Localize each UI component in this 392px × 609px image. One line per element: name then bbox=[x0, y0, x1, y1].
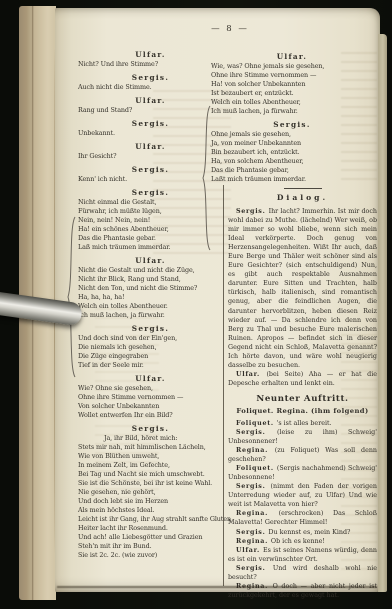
next-page-edge bbox=[378, 34, 387, 592]
dialog-paragraph: Sergis. Du kennst es, mein Kind? bbox=[228, 528, 377, 537]
left-column: Ulfar.Nicht? Und ihre Stimme?Sergis.Auch… bbox=[78, 46, 223, 560]
verse-line: Tief in der Seele mir. bbox=[78, 361, 223, 370]
verse-line: Und doch lebt sie im Herzen bbox=[78, 497, 223, 506]
verse-line: Ha, von solchem Abentheuer, bbox=[211, 157, 373, 166]
verse-line: Nein, nein! Nein, nein! bbox=[78, 216, 223, 225]
verse-line: Stets mir nah, mit himmlischen Lächeln, bbox=[78, 443, 223, 452]
verse-line: In meinem Zelt, im Gefechte, bbox=[78, 461, 223, 470]
verse-line: Nicht? Und ihre Stimme? bbox=[78, 60, 223, 69]
speaker-name: Ulfar. bbox=[78, 374, 223, 383]
page-number: — 8 — bbox=[95, 24, 365, 34]
speaker-name: Sergis. bbox=[78, 324, 223, 333]
music-brace-left bbox=[66, 215, 76, 379]
verse-line: Ist bezaubert er, entzückt. bbox=[211, 89, 373, 98]
right-column-dialog: Dialog.Sergis. Ihr lacht? Immerhin. Ist … bbox=[228, 185, 377, 600]
speaker-name: Ulfar. bbox=[78, 142, 223, 151]
verse-line: Rang und Stand? bbox=[78, 106, 223, 115]
dialog-paragraph: Foliquet. (Sergis nachahmend) Schweig' U… bbox=[228, 464, 377, 482]
speaker-name: Regina. bbox=[236, 447, 275, 454]
verse-line: Bei Tag und Nacht sie mich umschwebt. bbox=[78, 470, 223, 479]
speaker-name: Sergis. bbox=[236, 565, 273, 572]
verse-line: Ihr Gesicht? bbox=[78, 152, 223, 161]
verse-line: Ohne ihre Stimme vernommen — bbox=[78, 393, 223, 402]
verse-line: Sie ist 2c. 2c. (wie zuvor) bbox=[78, 551, 223, 560]
verse-line: Ja, von meiner Unbekannten bbox=[211, 139, 373, 148]
dialog-heading: Dialog. bbox=[228, 193, 377, 202]
book-page: — 8 — Ulfar.Nicht? Und ihre Stimme?Sergi… bbox=[55, 8, 380, 592]
verse-line: Das die Phantasie gebar, bbox=[211, 166, 373, 175]
scene-cast: Foliquet. Regina. (ihm folgend) bbox=[228, 407, 377, 416]
verse-line: Nicht einmal die Gestalt, bbox=[78, 198, 223, 207]
speaker-name: Regina. bbox=[236, 538, 271, 545]
right-column-verse: Ulfar.Wie, was? Ohne jemals sie gesehen,… bbox=[211, 48, 373, 184]
verse-line: Leicht ist ihr Gang, ihr Aug strahlt san… bbox=[78, 515, 223, 524]
verse-line: Wollet entwerfen Ihr ein Bild? bbox=[78, 411, 223, 420]
verse-line: Und doch sind von der Ein'gen, bbox=[78, 334, 223, 343]
speaker-name: Sergis. bbox=[78, 165, 223, 174]
speaker-name: Foliquet. bbox=[236, 420, 277, 427]
verse-line: Kenn' ich nicht. bbox=[78, 175, 223, 184]
verse-line: Heiter lacht ihr Rosenmund. bbox=[78, 524, 223, 533]
speaker-name: Sergis. bbox=[236, 529, 268, 536]
verse-line: Wie von Blüthen umweht, bbox=[78, 452, 223, 461]
verse-line: Die Züge eingegraben bbox=[78, 352, 223, 361]
speaker-name: Sergis. bbox=[236, 429, 277, 436]
speaker-name: Sergis. bbox=[78, 119, 223, 128]
verse-line: Auch nicht die Stimme. bbox=[78, 83, 223, 92]
verse-line: Ohne ihre Stimme vernommen — bbox=[211, 71, 373, 80]
speaker-name: Ulfar. bbox=[236, 371, 266, 378]
dialog-paragraph: Regina. (zu Foliquet) Was soll denn gesc… bbox=[228, 446, 377, 464]
dialog-paragraph: Regina. O doch — aber nicht jeder ist zu… bbox=[228, 582, 377, 600]
verse-line: Steh'n mit ihr im Bund. bbox=[78, 542, 223, 551]
verse-line: Von solcher Unbekannten bbox=[78, 402, 223, 411]
verse-line: Das die Phantasie gebar. bbox=[78, 234, 223, 243]
speaker-name: Sergis. bbox=[236, 208, 269, 215]
book-photo: — 8 — Ulfar.Nicht? Und ihre Stimme?Sergi… bbox=[0, 0, 392, 609]
verse-line: Und ach! alle Liebesgötter und Grazien bbox=[78, 533, 223, 542]
verse-line: Welch ein tolles Abentheuer, bbox=[211, 98, 373, 107]
speaker-name: Sergis. bbox=[78, 188, 223, 197]
verse-line: Bin bezaubert ich, entzückt. bbox=[211, 148, 373, 157]
verse-line: Ha! von solcher Unbekannten bbox=[211, 80, 373, 89]
verse-line: Als mein höchstes Ideal. bbox=[78, 506, 223, 515]
speaker-name: Ulfar. bbox=[78, 256, 223, 265]
speaker-name: Sergis. bbox=[236, 483, 271, 490]
verse-line: Wie, was? Ohne jemals sie gesehen, bbox=[211, 62, 373, 71]
verse-line: Fürwahr, ich müßte lügen, bbox=[78, 207, 223, 216]
verse-line: Unbekannt. bbox=[78, 129, 223, 138]
dialog-paragraph: Regina. (erschrocken) Das Schloß Malavet… bbox=[228, 509, 377, 527]
verse-line: Ich muß lachen, ja fürwahr. bbox=[78, 311, 223, 320]
verse-line: Ha! ein schönes Abentheuer, bbox=[78, 225, 223, 234]
verse-line: Ja, ihr Bild, höret mich: bbox=[78, 434, 223, 443]
speaker-name: Ulfar. bbox=[78, 50, 223, 59]
verse-line: Nicht den Ton, und nicht die Stimme? bbox=[78, 284, 223, 293]
verse-line: Sie ist die Schönste, bei ihr ist keine … bbox=[78, 479, 223, 488]
verse-line: Laß mich träumen immerdar. bbox=[78, 243, 223, 252]
dialog-paragraph: Sergis. Und wird deshalb wohl nie besuch… bbox=[228, 564, 377, 582]
section-rule bbox=[284, 188, 322, 189]
dialog-paragraph: Ulfar. Es ist seines Namens würdig, denn… bbox=[228, 546, 377, 564]
dialog-paragraph: Sergis. Ihr lacht? Immerhin. Ist mir doc… bbox=[228, 207, 377, 370]
speaker-name: Sergis. bbox=[78, 73, 223, 82]
verse-line: Nicht die Gestalt und nicht die Züge, bbox=[78, 266, 223, 275]
verse-line: Wie? Ohne sie gesehen, bbox=[78, 384, 223, 393]
page-bottom-shadow bbox=[57, 586, 377, 588]
speaker-name: Sergis. bbox=[78, 424, 223, 433]
column-divider bbox=[223, 185, 224, 586]
verse-line: Laßt mich träumen immerdar. bbox=[211, 175, 373, 184]
dialog-paragraph: Sergis. (nimmt den Faden der vorigen Unt… bbox=[228, 482, 377, 509]
speaker-name: Sergis. bbox=[211, 120, 373, 129]
dialog-paragraph: Ulfar. (bei Seite) Aha — er hat die Depe… bbox=[228, 370, 377, 388]
speaker-name: Ulfar. bbox=[78, 96, 223, 105]
speaker-name: Foliquet. bbox=[236, 465, 277, 472]
dialog-paragraph: Regina. Ob ich es kenne! bbox=[228, 537, 377, 546]
verse-line: Nicht ihr Blick, Rang und Stand, bbox=[78, 275, 223, 284]
verse-line: Ohne jemals sie gesehen, bbox=[211, 130, 373, 139]
scene-heading: Neunter Auftritt. bbox=[228, 394, 377, 404]
speaker-name: Ulfar. bbox=[211, 52, 373, 61]
dialog-paragraph: Sergis. (leise zu ihm) Schweig' Unbesonn… bbox=[228, 428, 377, 446]
verse-line: Ich muß lachen, ja fürwahr. bbox=[211, 107, 373, 116]
speaker-name: Regina. bbox=[236, 510, 279, 517]
verse-line: Nie gesehen, nie gehört, bbox=[78, 488, 223, 497]
dialog-paragraph: Foliquet. 's ist alles bereit. bbox=[228, 419, 377, 428]
verse-line: Welch ein tolles Abentheuer. bbox=[78, 302, 223, 311]
verse-line: Die niemals ich gesehen, bbox=[78, 343, 223, 352]
verse-line: Ha, ha, ha, ha! bbox=[78, 293, 223, 302]
speaker-name: Ulfar. bbox=[236, 547, 263, 554]
